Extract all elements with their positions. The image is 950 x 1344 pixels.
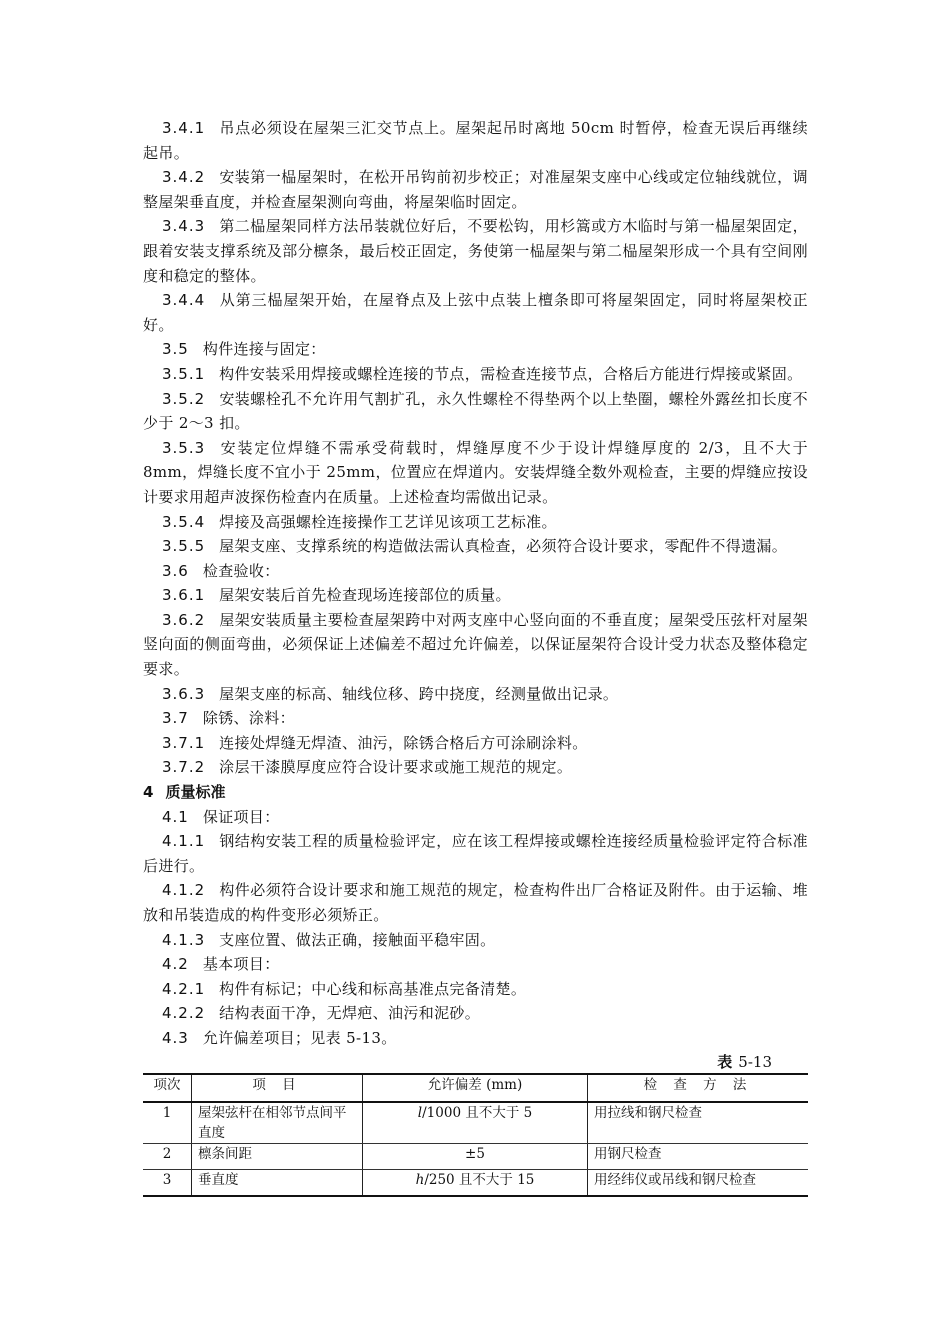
table-header-row: 项次 项 目 允许偏差 (mm) 检 查 方 法 [143,1074,808,1102]
paragraph-3-4-4: 3.4.4从第三榀屋架开始，在屋脊点及上弦中点装上檀条即可将屋架固定，同时将屋架… [143,288,808,337]
subheading-4-2: 4.2基本项目： [143,952,808,977]
paragraph-3-5-3: 3.5.3安装定位焊缝不需承受荷载时，焊缝厚度不少于设计焊缝厚度的 2/3，且不… [143,436,808,510]
section-heading-4: 4质量标准 [143,780,808,805]
paragraph-4-2-1: 4.2.1构件有标记；中心线和标高基准点完备清楚。 [143,977,808,1002]
paragraph-3-4-1: 3.4.1吊点必须设在屋架三汇交节点上。屋架起吊时离地 50cm 时暂停，检查无… [143,116,808,165]
cell-index: 3 [143,1169,192,1196]
cell-item: 屋架弦杆在相邻节点间平直度 [192,1102,363,1144]
table-row: 2 檩条间距 ±5 用钢尺检查 [143,1143,808,1169]
table-row: 3 垂直度 h/250 且不大于 15 用经纬仪或吊线和钢尺检查 [143,1169,808,1196]
paragraph-4-3: 4.3允许偏差项目；见表 5-13。 [143,1026,808,1051]
cell-tolerance: ±5 [363,1143,588,1169]
cell-tolerance: h/250 且不大于 15 [363,1169,588,1196]
cell-method: 用钢尺检查 [588,1143,809,1169]
cell-tolerance: l/1000 且不大于 5 [363,1102,588,1144]
cell-method: 用拉线和钢尺检查 [588,1102,809,1144]
subheading-3-7: 3.7除锈、涂料： [143,706,808,731]
subheading-4-1: 4.1保证项目： [143,805,808,830]
cell-index: 2 [143,1143,192,1169]
document-page: 3.4.1吊点必须设在屋架三汇交节点上。屋架起吊时离地 50cm 时暂停，检查无… [143,116,808,1197]
cell-item: 垂直度 [192,1169,363,1196]
table-caption: 表5-13 [143,1051,808,1073]
paragraph-3-6-1: 3.6.1屋架安装后首先检查现场连接部位的质量。 [143,583,808,608]
paragraph-3-6-3: 3.6.3屋架支座的标高、轴线位移、跨中挠度，经测量做出记录。 [143,682,808,707]
paragraph-3-5-1: 3.5.1构件安装采用焊接或螺栓连接的节点，需检查连接节点，合格后方能进行焊接或… [143,362,808,387]
tolerance-table: 项次 项 目 允许偏差 (mm) 检 查 方 法 1 屋架弦杆在相邻节点间平直度… [143,1073,808,1197]
table-row: 1 屋架弦杆在相邻节点间平直度 l/1000 且不大于 5 用拉线和钢尺检查 [143,1102,808,1144]
subheading-3-5: 3.5构件连接与固定： [143,337,808,362]
subheading-3-6: 3.6检查验收： [143,559,808,584]
paragraph-3-5-5: 3.5.5屋架支座、支撑系统的构造做法需认真检查，必须符合设计要求，零配件不得遗… [143,534,808,559]
header-tolerance: 允许偏差 (mm) [363,1074,588,1102]
header-item: 项 目 [192,1074,363,1102]
paragraph-4-1-1: 4.1.1钢结构安装工程的质量检验评定，应在该工程焊接或螺栓连接经质量检验评定符… [143,829,808,878]
header-method: 检 查 方 法 [588,1074,809,1102]
section-4-body: 4.1保证项目： 4.1.1钢结构安装工程的质量检验评定，应在该工程焊接或螺栓连… [143,805,808,1051]
paragraph-3-5-4: 3.5.4焊接及高强螺栓连接操作工艺详见该项工艺标准。 [143,510,808,535]
paragraph-3-7-2: 3.7.2涂层干漆膜厚度应符合设计要求或施工规范的规定。 [143,755,808,780]
cell-index: 1 [143,1102,192,1144]
cell-item: 檩条间距 [192,1143,363,1169]
paragraph-3-4-2: 3.4.2安装第一榀屋架时，在松开吊钩前初步校正；对准屋架支座中心线或定位轴线就… [143,165,808,214]
header-index: 项次 [143,1074,192,1102]
paragraph-4-2-2: 4.2.2结构表面干净，无焊疤、油污和泥砂。 [143,1001,808,1026]
cell-method: 用经纬仪或吊线和钢尺检查 [588,1169,809,1196]
paragraph-3-4-3: 3.4.3第二榀屋架同样方法吊装就位好后，不要松钩，用杉篙或方木临时与第一榀屋架… [143,214,808,288]
paragraph-3-7-1: 3.7.1连接处焊缝无焊渣、油污，除锈合格后方可涂刷涂料。 [143,731,808,756]
paragraph-3-5-2: 3.5.2安装螺栓孔不允许用气割扩孔，永久性螺栓不得垫两个以上垫圈，螺栓外露丝扣… [143,387,808,436]
paragraph-4-1-2: 4.1.2构件必须符合设计要求和施工规范的规定，检查构件出厂合格证及附件。由于运… [143,878,808,927]
section-3-body: 3.4.1吊点必须设在屋架三汇交节点上。屋架起吊时离地 50cm 时暂停，检查无… [143,116,808,780]
paragraph-3-6-2: 3.6.2屋架安装质量主要检查屋架跨中对两支座中心竖向面的不垂直度；屋架受压弦杆… [143,608,808,682]
paragraph-4-1-3: 4.1.3支座位置、做法正确，接触面平稳牢固。 [143,928,808,953]
